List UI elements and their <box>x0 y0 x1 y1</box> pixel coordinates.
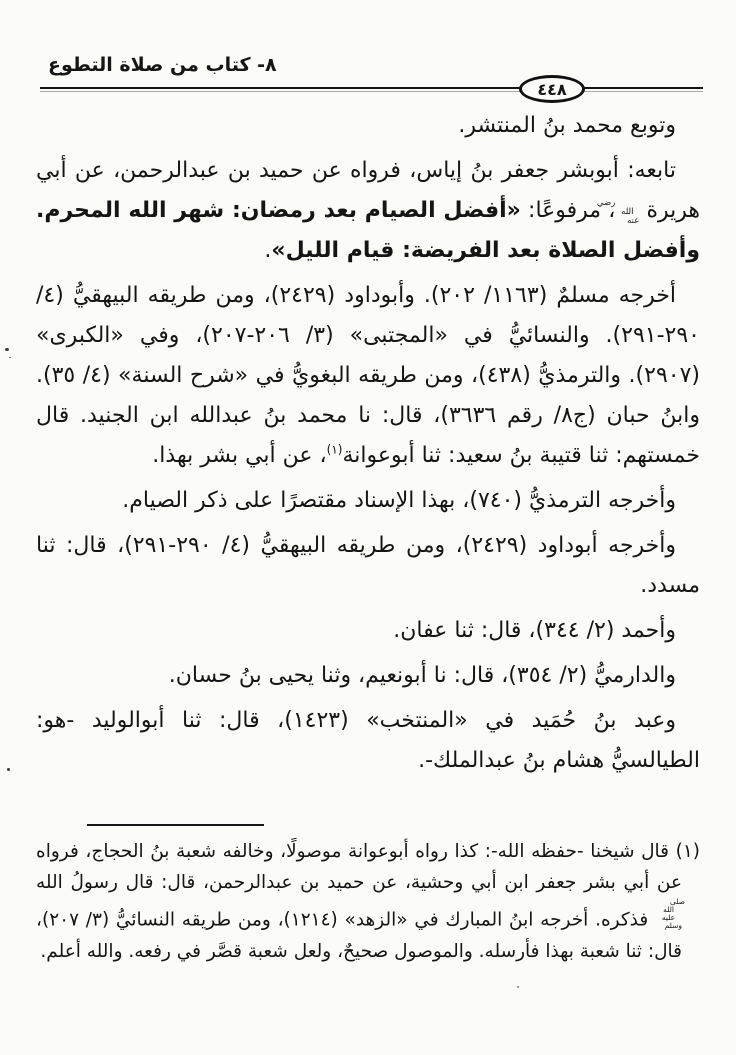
paragraph-abdbnhumayd: وعبد بنُ حُمَيد في «المنتخب» (١٤٢٣)، قال… <box>36 701 700 781</box>
scan-speck <box>5 348 9 351</box>
footnote-separator <box>87 824 264 826</box>
main-text: وتوبع محمد بنُ المنتشر. تابعه: أبوبشر جع… <box>36 106 700 786</box>
footnote-marker: (١) <box>669 841 700 862</box>
paragraph-tawbi: وتوبع محمد بنُ المنتشر. <box>36 106 700 146</box>
scan-speck <box>517 986 519 988</box>
paragraph-tirmidhi: وأخرجه الترمذيُّ (٧٤٠)، بهذا الإسناد مقت… <box>36 481 700 521</box>
paragraph-takhrij-main: أخرجه مسلمٌ (١١٦٣‏/ ٢٠٢). وأبوداود (٢٤٢٩… <box>36 276 700 476</box>
paragraph-darimi: والدارميُّ (٢‏/ ٣٥٤)، قال: نا أبونعيم، و… <box>36 656 700 696</box>
header-rule <box>40 87 703 89</box>
radiallahu-anhu-symbol: رضي الله عنه <box>615 199 639 226</box>
paragraph-abudawud: وأخرجه أبوداود (٢٤٢٩)، ومن طريقه البيهقي… <box>36 526 700 606</box>
scanned-book-page: ٨- كتاب من صلاة التطوع ٤٤٨ وتوبع محمد بن… <box>0 0 736 1055</box>
header-rule-shadow <box>40 91 703 92</box>
paragraph-hadith: تابعه: أبوبشر جعفر بنُ إياس، فرواه عن حم… <box>36 151 700 271</box>
footnote-text-tail: فذكره. أخرجه ابنُ المبارك في «الزهد» (١٢… <box>36 910 682 962</box>
page-number: ٤٤٨ <box>537 80 566 99</box>
page-number-badge: ٤٤٨ <box>519 75 585 103</box>
scan-speck <box>7 768 10 771</box>
running-head: ٨- كتاب من صلاة التطوع <box>48 54 277 76</box>
chapter-title: ٨- كتاب من صلاة التطوع <box>48 54 277 76</box>
footnote-reference: (١) <box>327 443 343 457</box>
footnote-block: (١) قال شيخنا -حفظه الله-: كذا رواه أبوع… <box>36 836 700 967</box>
footnote-text: قال شيخنا -حفظه الله-: كذا رواه أبوعوانة… <box>36 841 682 893</box>
sallallahu-alayhi-wasallam-symbol: صلى الله عليه وسلم <box>655 898 682 930</box>
paragraph-ahmad: وأحمد (٢‏/ ٣٤٤)، قال: ثنا عفان. <box>36 611 700 651</box>
takhrij-tail: ، عن أبي بشر بهذا. <box>152 443 326 468</box>
takhrij-text: أخرجه مسلمٌ (١١٦٣‏/ ٢٠٢). وأبوداود (٢٤٢٩… <box>36 283 700 468</box>
